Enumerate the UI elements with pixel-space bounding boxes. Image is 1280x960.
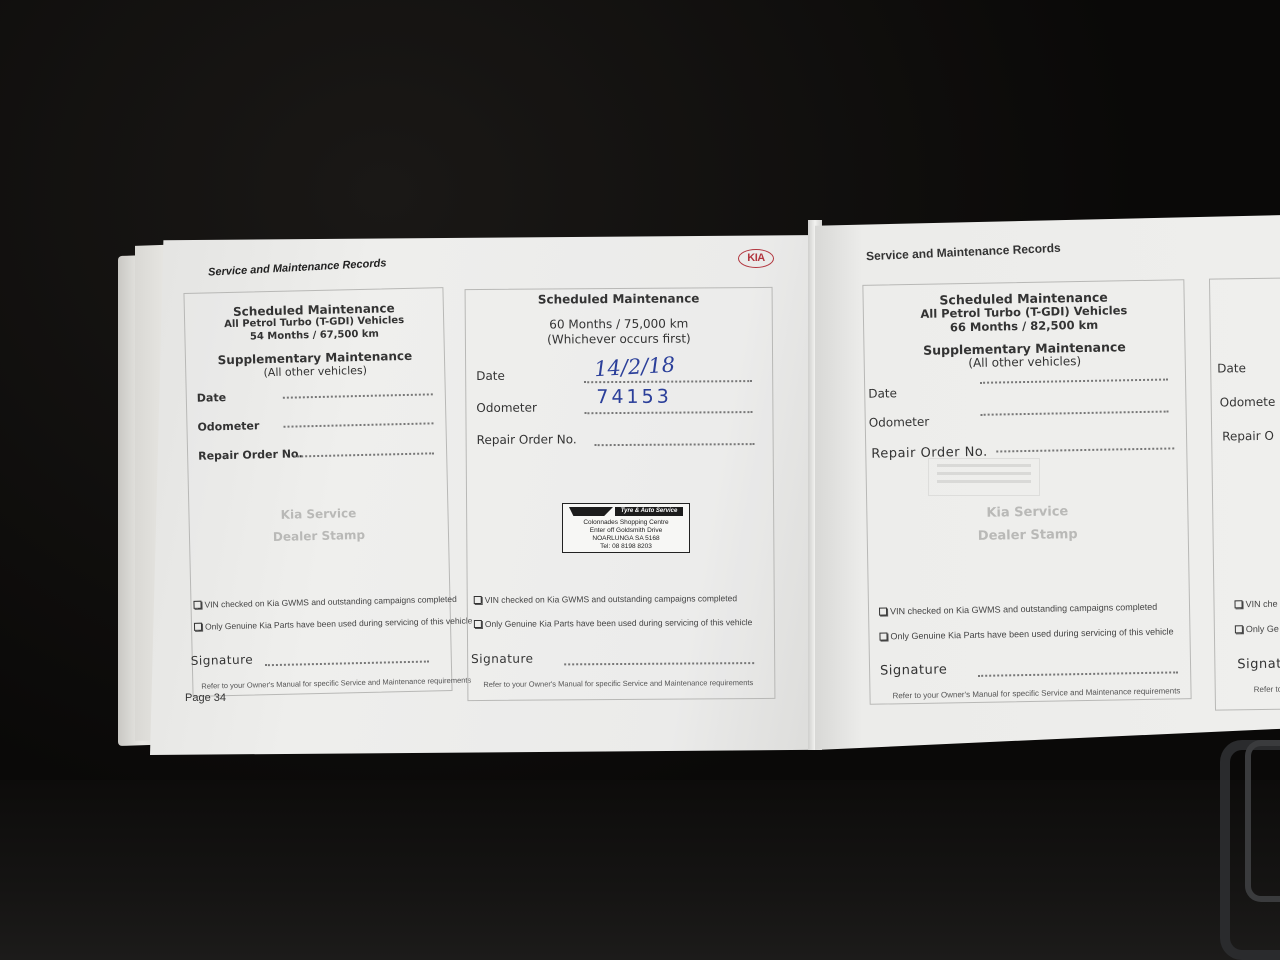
- mat-ridge-inner: [1245, 740, 1280, 902]
- vin-check-label: VIN checked on Kia GWMS and outstanding …: [485, 593, 737, 605]
- service-record-54-months: Scheduled Maintenance All Petrol Turbo (…: [183, 287, 452, 697]
- dealer-address-line: Enter off Goldsmith Drive: [563, 527, 689, 535]
- signature-input-line[interactable]: [978, 671, 1178, 676]
- odometer-label: Odometer: [197, 419, 259, 433]
- date-input-line[interactable]: [584, 380, 752, 383]
- faded-stamp-imprint: [928, 458, 1040, 496]
- checkbox-icon[interactable]: [474, 596, 482, 604]
- checkbox-icon[interactable]: [194, 623, 202, 631]
- footer-note: Refer to your Owner's Manual for specifi…: [483, 678, 753, 689]
- date-input-line[interactable]: [283, 393, 433, 398]
- odometer-input-line[interactable]: [584, 411, 752, 414]
- checkbox-icon[interactable]: [1234, 600, 1242, 608]
- signature-input-line[interactable]: [564, 662, 754, 665]
- record-line: 60 Months / 75,000 km: [466, 316, 772, 332]
- vin-check-label: VIN che: [1245, 599, 1277, 609]
- service-record-60-months: Scheduled Maintenance 60 Months / 75,000…: [465, 287, 776, 701]
- dealer-stamp-placeholder: Dealer Stamp: [190, 526, 448, 546]
- dealer-phone: Tel: 08 8198 8203: [563, 543, 689, 551]
- repair-order-input-line[interactable]: [294, 452, 434, 457]
- checkbox-icon[interactable]: [474, 620, 482, 628]
- vin-checkbox[interactable]: VIN checked on Kia GWMS and outstanding …: [474, 593, 737, 605]
- date-label: Date: [1217, 361, 1246, 375]
- repair-order-label: Repair Order No.: [477, 432, 577, 447]
- date-label: Date: [476, 369, 505, 383]
- dealer-address-line: Colonnades Shopping Centre: [563, 519, 689, 527]
- odometer-label: Odometer: [869, 415, 930, 430]
- signature-label: Signature: [880, 662, 947, 678]
- dealer-logo-icon: [569, 507, 613, 516]
- genuine-parts-checkbox[interactable]: Only Genuine Kia Parts have been used du…: [879, 626, 1173, 641]
- genuine-parts-label: Only Genuine Kia Parts have been used du…: [890, 626, 1173, 641]
- date-label: Date: [868, 386, 897, 400]
- odometer-input-line[interactable]: [283, 422, 433, 427]
- signature-label: Signature: [191, 653, 254, 668]
- genuine-parts-label: Only Genuine Kia Parts have been used du…: [205, 616, 473, 632]
- odometer-label: Odometer: [476, 401, 537, 415]
- repair-order-input-line[interactable]: [996, 447, 1174, 452]
- date-label: Date: [197, 391, 227, 405]
- date-input-line[interactable]: [980, 379, 1168, 384]
- vin-checkbox[interactable]: VIN checked on Kia GWMS and outstanding …: [193, 594, 456, 610]
- signature-input-line[interactable]: [265, 661, 429, 667]
- checkbox-icon[interactable]: [879, 632, 887, 640]
- repair-order-input-line[interactable]: [595, 443, 755, 446]
- genuine-parts-checkbox[interactable]: Only Genuine Kia Parts have been used du…: [194, 616, 473, 632]
- record-heading: Scheduled Maintenance: [466, 291, 772, 307]
- vin-checkbox[interactable]: VIN checked on Kia GWMS and outstanding …: [879, 602, 1157, 617]
- repair-order-label: Repair Order No.: [198, 447, 303, 462]
- odometer-label: Odomete: [1220, 395, 1276, 410]
- repair-order-label: Repair O: [1222, 429, 1274, 444]
- vin-check-label: VIN checked on Kia GWMS and outstanding …: [204, 594, 456, 610]
- genuine-parts-label: Only Ge: [1246, 624, 1279, 634]
- handwritten-odometer: 74153: [596, 386, 672, 409]
- dealer-stamp: Tyre & Auto Service Colonnades Shopping …: [562, 503, 690, 553]
- signature-label: Signature: [471, 652, 533, 666]
- vin-checkbox[interactable]: VIN che: [1234, 599, 1277, 610]
- checkbox-icon[interactable]: [879, 607, 887, 615]
- dealer-address-line: NOARLUNGA SA 5168: [563, 535, 689, 543]
- genuine-parts-checkbox[interactable]: Only Genuine Kia Parts have been used du…: [474, 617, 753, 629]
- checkbox-icon[interactable]: [193, 601, 201, 609]
- car-floor-mat: [0, 780, 1280, 960]
- genuine-parts-checkbox[interactable]: Only Ge: [1235, 624, 1279, 635]
- page-number: Page 34: [185, 692, 226, 704]
- service-record-partial: Date Odomete Repair O VIN che Only Ge Si…: [1209, 277, 1280, 710]
- dealer-stamp-placeholder: Dealer Stamp: [868, 525, 1188, 546]
- footer-note: Refer to your Owner's Manual for specifi…: [201, 676, 471, 691]
- record-line: (Whichever occurs first): [466, 331, 772, 347]
- kia-logo: KIA: [738, 249, 774, 268]
- footer-note: Refer to: [1254, 685, 1280, 694]
- genuine-parts-label: Only Genuine Kia Parts have been used du…: [485, 617, 753, 629]
- dealer-tagline: Tyre & Auto Service: [615, 507, 683, 516]
- footer-note: Refer to your Owner's Manual for specifi…: [892, 686, 1180, 700]
- dealer-stamp-placeholder: Kia Service: [189, 504, 447, 524]
- dealer-stamp-placeholder: Kia Service: [867, 502, 1187, 523]
- checkbox-icon[interactable]: [1235, 625, 1243, 633]
- odometer-input-line[interactable]: [981, 411, 1169, 416]
- handwritten-date: 14/2/18: [593, 353, 675, 382]
- signature-label: Signat: [1237, 657, 1280, 673]
- vin-check-label: VIN checked on Kia GWMS and outstanding …: [890, 602, 1157, 617]
